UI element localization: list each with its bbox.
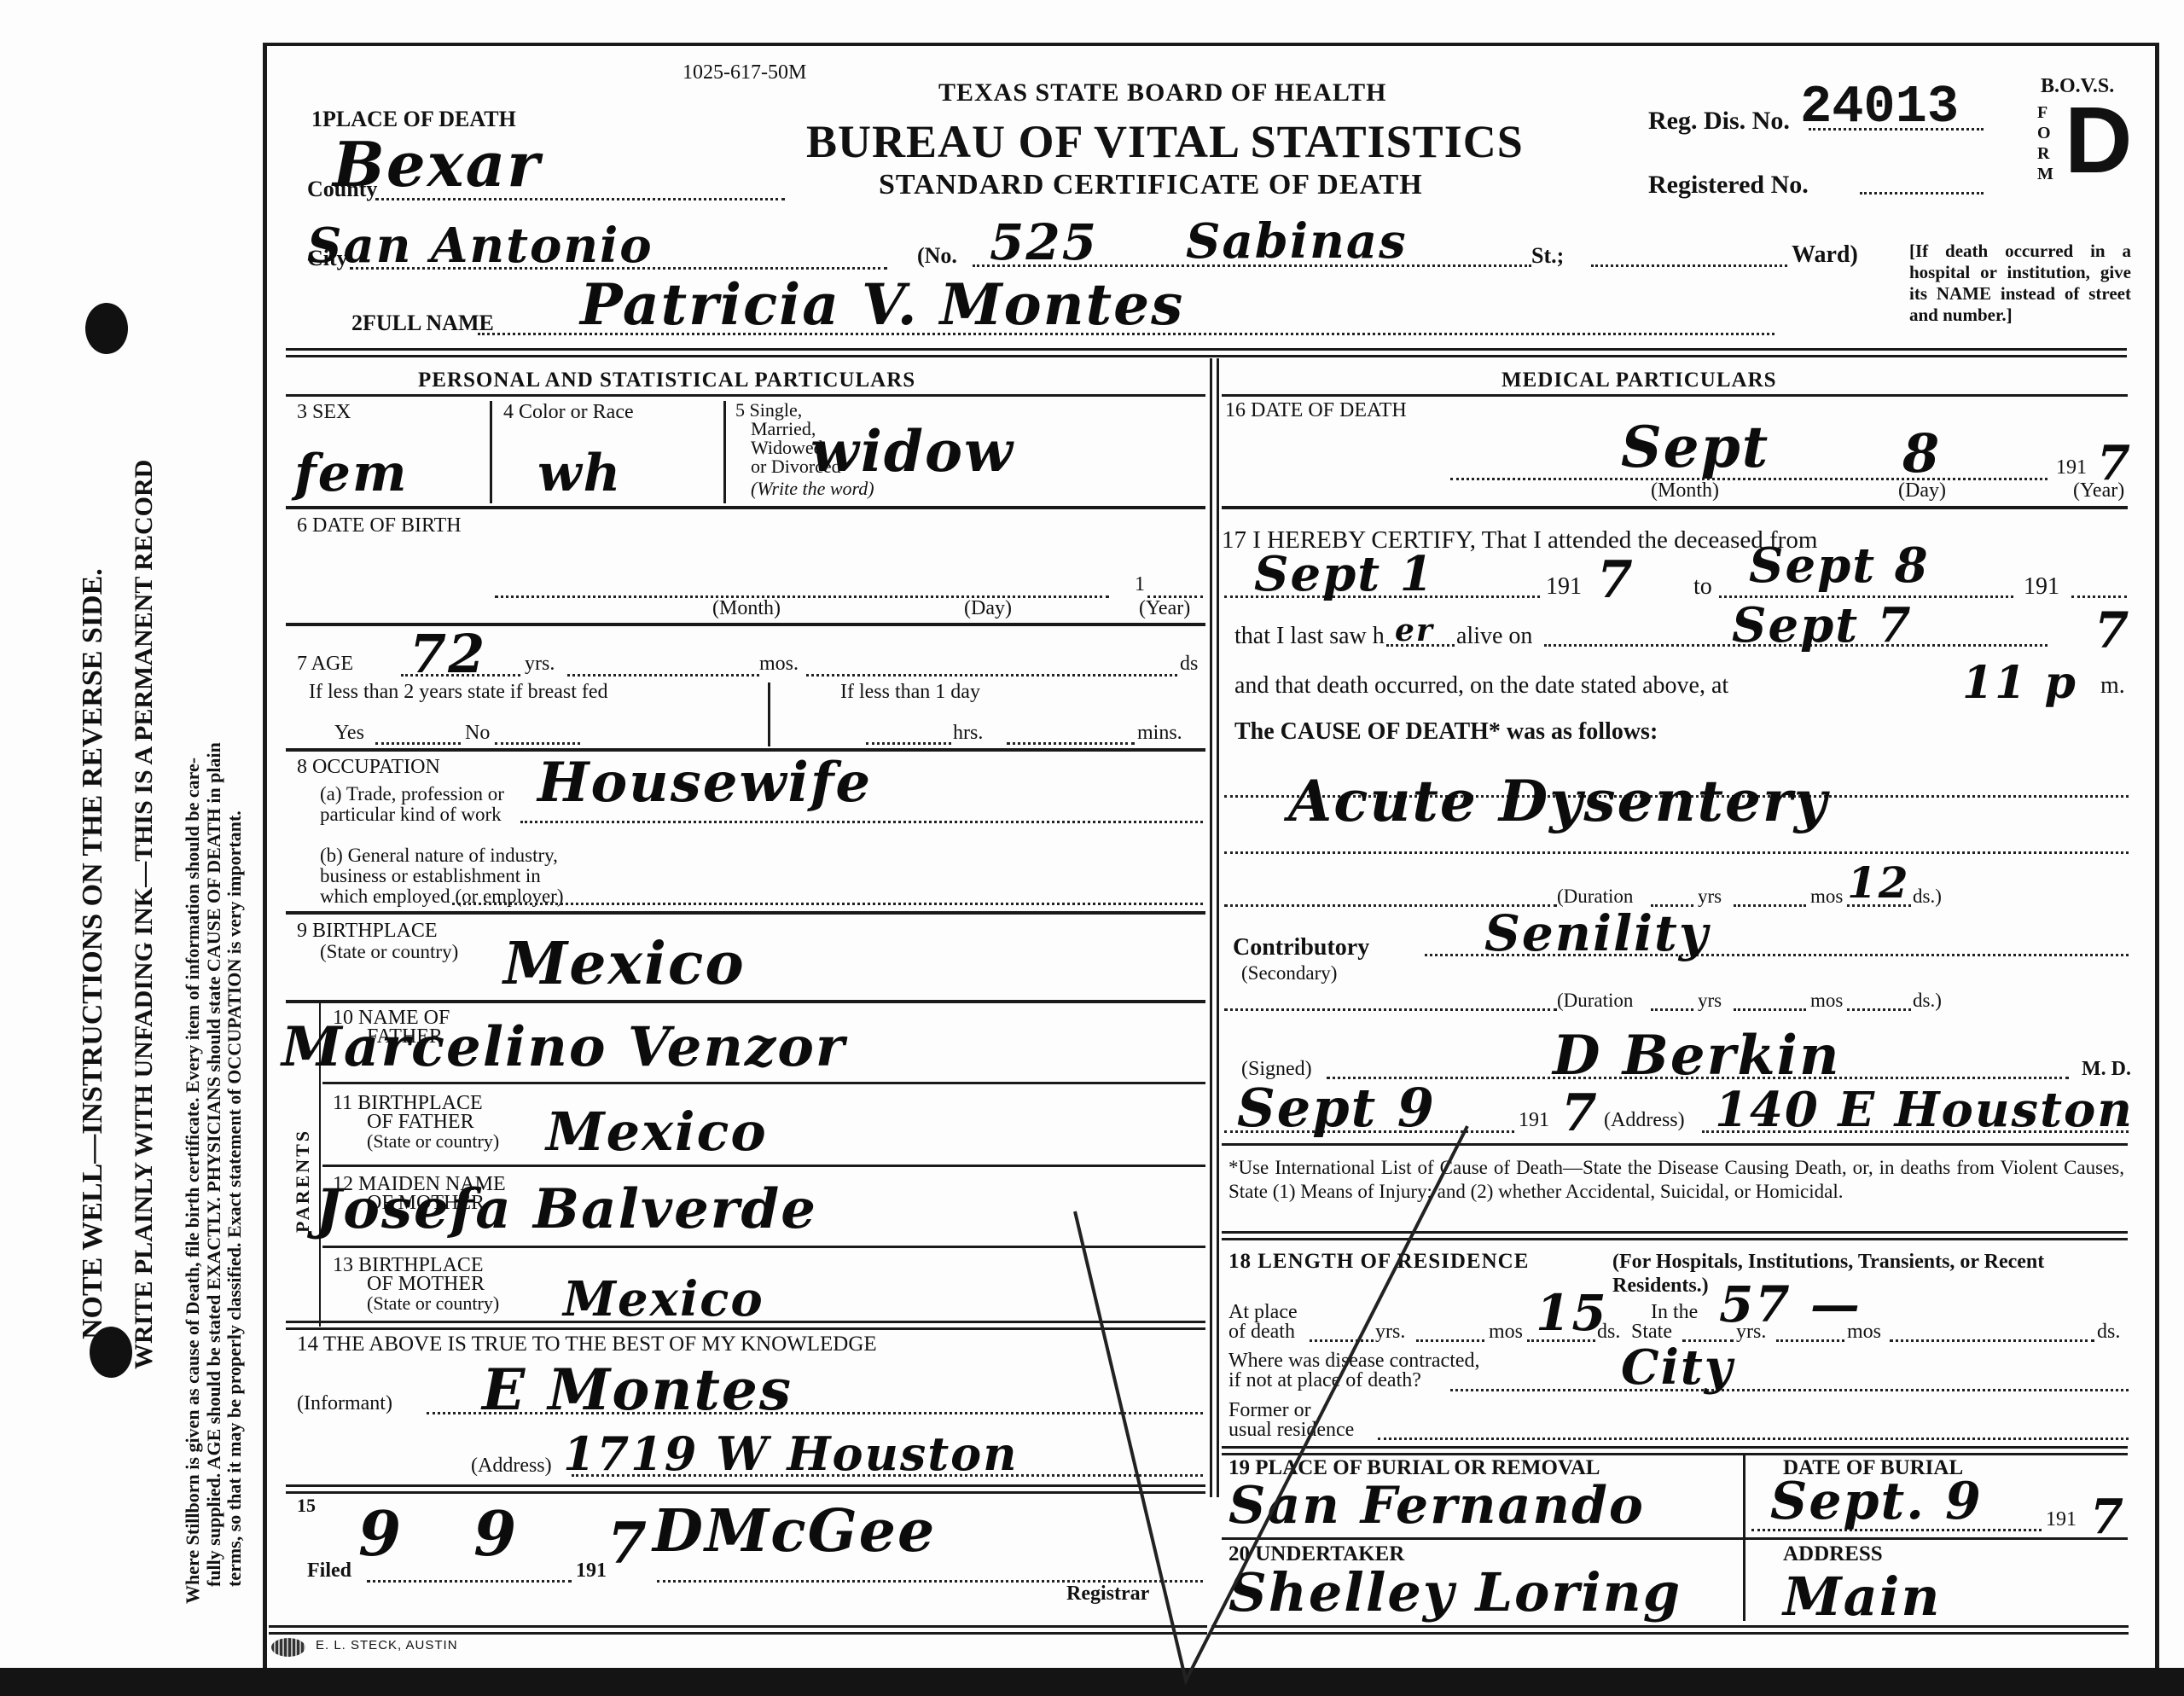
race-label: 4 Color or Race: [503, 401, 634, 424]
no-dots[interactable]: [495, 742, 580, 745]
alive-on-label: alive on: [1456, 623, 1532, 650]
contracted-dots: [1450, 1389, 2129, 1391]
contributory-value[interactable]: Senility: [1484, 904, 1710, 962]
personal-title-divider: [286, 394, 1205, 397]
street-number[interactable]: 525: [990, 213, 1098, 271]
dod-day[interactable]: 8: [1902, 422, 1941, 485]
full-name-label: 2FULL NAME: [351, 311, 494, 336]
in-state-mos-dots[interactable]: [1776, 1339, 1844, 1342]
birthplace-value[interactable]: Mexico: [503, 930, 746, 998]
mother-birthplace-value[interactable]: Mexico: [563, 1271, 764, 1327]
undertaker-address-label: ADDRESS: [1783, 1542, 1883, 1566]
informant-label: (Informant): [297, 1392, 392, 1415]
physician-address[interactable]: 140 E Houston: [1715, 1082, 2134, 1138]
yes-dots[interactable]: [375, 742, 461, 745]
m-label: m.: [2100, 672, 2125, 700]
at-place-mos-label: mos: [1489, 1321, 1523, 1344]
age-yrs-label: yrs.: [525, 653, 555, 676]
contrib-duration-label: (Duration: [1557, 990, 1633, 1012]
mother-name-value[interactable]: Josefa Balverde: [316, 1177, 817, 1241]
margin-write-plainly: WRITE PLAINLY WITH UNFADING INK—THIS IS …: [130, 460, 159, 1369]
hospital-note: [If death occurred in a hospital or inst…: [1909, 241, 2131, 326]
dod-month-label: (Month): [1651, 479, 1719, 502]
occupation-b-dots[interactable]: [452, 903, 1203, 905]
cause-duration-ds[interactable]: 12: [1847, 857, 1910, 908]
reg-dis-label: Reg. Dis. No.: [1648, 107, 1790, 136]
parents-side-label: PARENTS: [292, 1129, 314, 1233]
marital-value[interactable]: widow: [810, 418, 1014, 485]
dob-year-prefix: 1: [1135, 573, 1145, 596]
dod-day-label: (Day): [1898, 479, 1946, 502]
cause-dots-2: [1224, 851, 2129, 854]
ward-label: Ward): [1792, 241, 1858, 269]
last-saw-year[interactable]: 7: [2094, 601, 2130, 659]
age-mos-dots[interactable]: [567, 674, 759, 677]
header-divider: [286, 348, 2127, 357]
physician-signature[interactable]: D Berkin: [1553, 1024, 1841, 1088]
personal-section-title: PERSONAL AND STATISTICAL PARTICULARS: [418, 369, 915, 392]
registrar-value[interactable]: DMcGee: [653, 1497, 936, 1565]
informant-address-value[interactable]: 1719 W Houston: [563, 1426, 1018, 1481]
form-label-vertical: FORM: [2037, 102, 2054, 184]
occupation-value[interactable]: Housewife: [537, 751, 872, 815]
birthplace-label: 9 BIRTHPLACE: [297, 920, 438, 943]
form-letter: D: [2065, 94, 2132, 188]
contrib-yrs-label: yrs: [1698, 990, 1722, 1012]
race-value[interactable]: wh: [537, 444, 622, 503]
age-mos-label: mos.: [759, 653, 799, 676]
in-state-ds-dots[interactable]: [1890, 1339, 2094, 1342]
hrs-label: hrs.: [953, 722, 983, 745]
dod-month[interactable]: Sept: [1621, 414, 1769, 480]
race-marital-divider: [723, 401, 726, 503]
form-code: 1025-617-50M: [682, 61, 806, 84]
dob-label: 6 DATE OF BIRTH: [297, 514, 462, 537]
pencil-check-mark: [1066, 1109, 1493, 1689]
yes-label: Yes: [334, 722, 364, 745]
top-border: [263, 43, 2158, 46]
contrib-duration-yrs-dots[interactable]: [1651, 1008, 1693, 1011]
full-name-value[interactable]: Patricia V. Montes: [580, 271, 1184, 338]
death-occurred-label: and that death occurred, on the date sta…: [1234, 672, 1728, 700]
occupation-label: 8 OCCUPATION: [297, 756, 440, 779]
less-day-label: If less than 1 day: [840, 681, 980, 704]
dob-dots[interactable]: [495, 595, 1109, 598]
registered-no-label: Registered No.: [1648, 171, 1809, 200]
age-sub-divider: [768, 682, 770, 746]
at-place-ds-label: ds.: [1597, 1321, 1620, 1344]
bureau-title: BUREAU OF VITAL STATISTICS: [806, 115, 1524, 168]
row-divider-father-birthplace: [322, 1082, 1205, 1084]
street-name[interactable]: Sabinas: [1186, 213, 1408, 270]
physician-address-label: (Address): [1604, 1109, 1685, 1132]
dod-year-label: (Year): [2073, 479, 2124, 502]
undertaker-address-value[interactable]: Main: [1783, 1565, 1941, 1628]
last-saw-label: that I last saw h: [1234, 623, 1385, 650]
cause-mos-label: mos: [1810, 886, 1843, 908]
age-ds-dots[interactable]: [806, 674, 1177, 677]
row-divider-parents: [286, 1000, 1205, 1003]
occupation-b-label-2: business or establishment in: [320, 865, 541, 887]
birthplace-sub: (State or country): [320, 941, 458, 963]
no-label: No: [465, 722, 490, 745]
attended-from-year-prefix: 191: [1546, 573, 1582, 601]
contrib-duration-ds-dots[interactable]: [1847, 1008, 1911, 1011]
binder-hole-top: [85, 303, 128, 354]
informant-value[interactable]: E Montes: [482, 1356, 793, 1423]
occupation-a-dots: [520, 821, 1203, 823]
in-state-yrs-label: yrs.: [1736, 1321, 1766, 1344]
attended-to-value[interactable]: Sept 8: [1749, 537, 1930, 594]
street-no-label: (No.: [917, 243, 957, 269]
breast-fed-label: If less than 2 years state if breast fed: [309, 681, 608, 704]
in-state-mos-label: mos: [1847, 1321, 1881, 1344]
cause-duration-mos-dots[interactable]: [1734, 904, 1806, 907]
county-value[interactable]: Bexar: [333, 128, 541, 200]
father-name-value[interactable]: Marcelino Venzor: [282, 1015, 846, 1079]
right-border: [2155, 43, 2159, 1668]
city-value[interactable]: San Antonio: [307, 218, 653, 274]
residence-note: (For Hospitals, Institutions, Transients…: [1612, 1250, 2133, 1298]
hrs-dots[interactable]: [866, 742, 951, 745]
dod-year-prefix: 191: [2056, 456, 2087, 479]
filed-year-suffix[interactable]: 7: [607, 1510, 648, 1577]
board-title: TEXAS STATE BOARD OF HEALTH: [938, 78, 1386, 107]
cause-ds-label: ds.): [1913, 886, 1942, 908]
sex-race-divider: [490, 401, 492, 503]
cause-value[interactable]: Acute Dysentery: [1288, 768, 1828, 834]
burial-year-prefix: 191: [2046, 1508, 2077, 1531]
margin-instructions-2: fully supplied. AGE should be stated EXA…: [203, 742, 225, 1587]
mother-birthplace-label-3: (State or country): [367, 1292, 499, 1315]
md-label: M. D.: [2082, 1058, 2131, 1081]
printer-credit: E. L. STECK, AUSTIN: [316, 1638, 458, 1652]
contributory-label: Contributory: [1233, 934, 1369, 961]
last-saw-date[interactable]: Sept 7: [1732, 597, 1913, 653]
father-birthplace-label-3: (State or country): [367, 1130, 499, 1153]
attended-to-year-prefix: 191: [2024, 573, 2059, 601]
margin-note-well: NOTE WELL—INSTRUCTIONS ON THE REVERSE SI…: [77, 568, 109, 1339]
filed-dots: [367, 1580, 572, 1583]
sex-label: 3 SEX: [297, 401, 351, 424]
informant-address-label: (Address): [471, 1455, 552, 1478]
medical-title-divider: [1222, 394, 2128, 397]
left-border: [263, 43, 267, 1668]
reg-dis-number[interactable]: 24013: [1800, 77, 1959, 137]
mins-label: mins.: [1137, 722, 1182, 745]
medical-section-title: MEDICAL PARTICULARS: [1501, 369, 1777, 392]
signed-year-prefix: 191: [1519, 1109, 1549, 1132]
margin-instructions-1: Where Stillborn is given as cause of Dea…: [182, 758, 204, 1604]
sex-value[interactable]: fem: [294, 444, 408, 503]
filed-year-prefix: 191: [576, 1560, 607, 1583]
attended-from-year[interactable]: 7: [1597, 550, 1635, 610]
dob-year-label: (Year): [1139, 597, 1190, 620]
to-label: to: [1693, 573, 1712, 601]
attended-to-year-dots[interactable]: [2071, 595, 2127, 598]
last-saw-pronoun[interactable]: er: [1395, 613, 1434, 648]
age-ds-label: ds: [1180, 653, 1198, 676]
cause-label: The CAUSE OF DEATH* was as follows:: [1234, 718, 1658, 746]
occupation-b-label-1: (b) General nature of industry,: [320, 845, 558, 867]
contrib-mos-label: mos: [1810, 990, 1843, 1012]
contrib-duration-mos-dots[interactable]: [1734, 1008, 1806, 1011]
ward-dots[interactable]: [1591, 264, 1787, 267]
attended-from-value[interactable]: Sept 1: [1254, 546, 1435, 602]
death-time[interactable]: 11 p: [1962, 657, 2077, 709]
burial-date-value[interactable]: Sept. 9: [1770, 1472, 1983, 1531]
row-divider-dob: [286, 506, 1205, 509]
printer-logo-icon: [271, 1638, 305, 1657]
registered-no-dots[interactable]: [1860, 192, 1984, 195]
filed-label: Filed: [307, 1560, 351, 1583]
certificate-title: STANDARD CERTIFICATE OF DEATH: [879, 169, 1423, 201]
filed-value[interactable]: 9 9: [358, 1497, 542, 1570]
contrib-duration-lead-dots: [1224, 1008, 1557, 1011]
informant-statement: 14 THE ABOVE IS TRUE TO THE BEST OF MY K…: [297, 1333, 877, 1356]
mins-dots[interactable]: [1007, 742, 1135, 745]
dob-month-label: (Month): [712, 597, 781, 620]
row-divider-birthplace: [286, 911, 1205, 915]
filing-number: 15: [297, 1495, 316, 1517]
occupation-a-label-1: (a) Trade, profession or: [320, 783, 504, 805]
dob-day-label: (Day): [964, 597, 1012, 620]
contrib-ds-label: ds.): [1913, 990, 1942, 1012]
age-value[interactable]: 72: [409, 623, 486, 685]
st-label: St.;: [1531, 243, 1564, 269]
margin-instructions-3: terms, so that it may be properly classi…: [224, 810, 246, 1587]
signed-year[interactable]: 7: [1561, 1083, 1599, 1143]
dod-label: 16 DATE OF DEATH: [1225, 399, 1407, 422]
age-label: 7 AGE: [297, 653, 353, 676]
occupation-a-label-2: particular kind of work: [320, 804, 502, 826]
father-birthplace-value[interactable]: Mexico: [546, 1101, 768, 1163]
in-state-ds-label: ds.: [2097, 1321, 2120, 1344]
contracted-value[interactable]: City: [1621, 1339, 1734, 1396]
row-divider-certify: [1222, 506, 2128, 509]
secondary-label: (Secondary): [1241, 962, 1337, 984]
